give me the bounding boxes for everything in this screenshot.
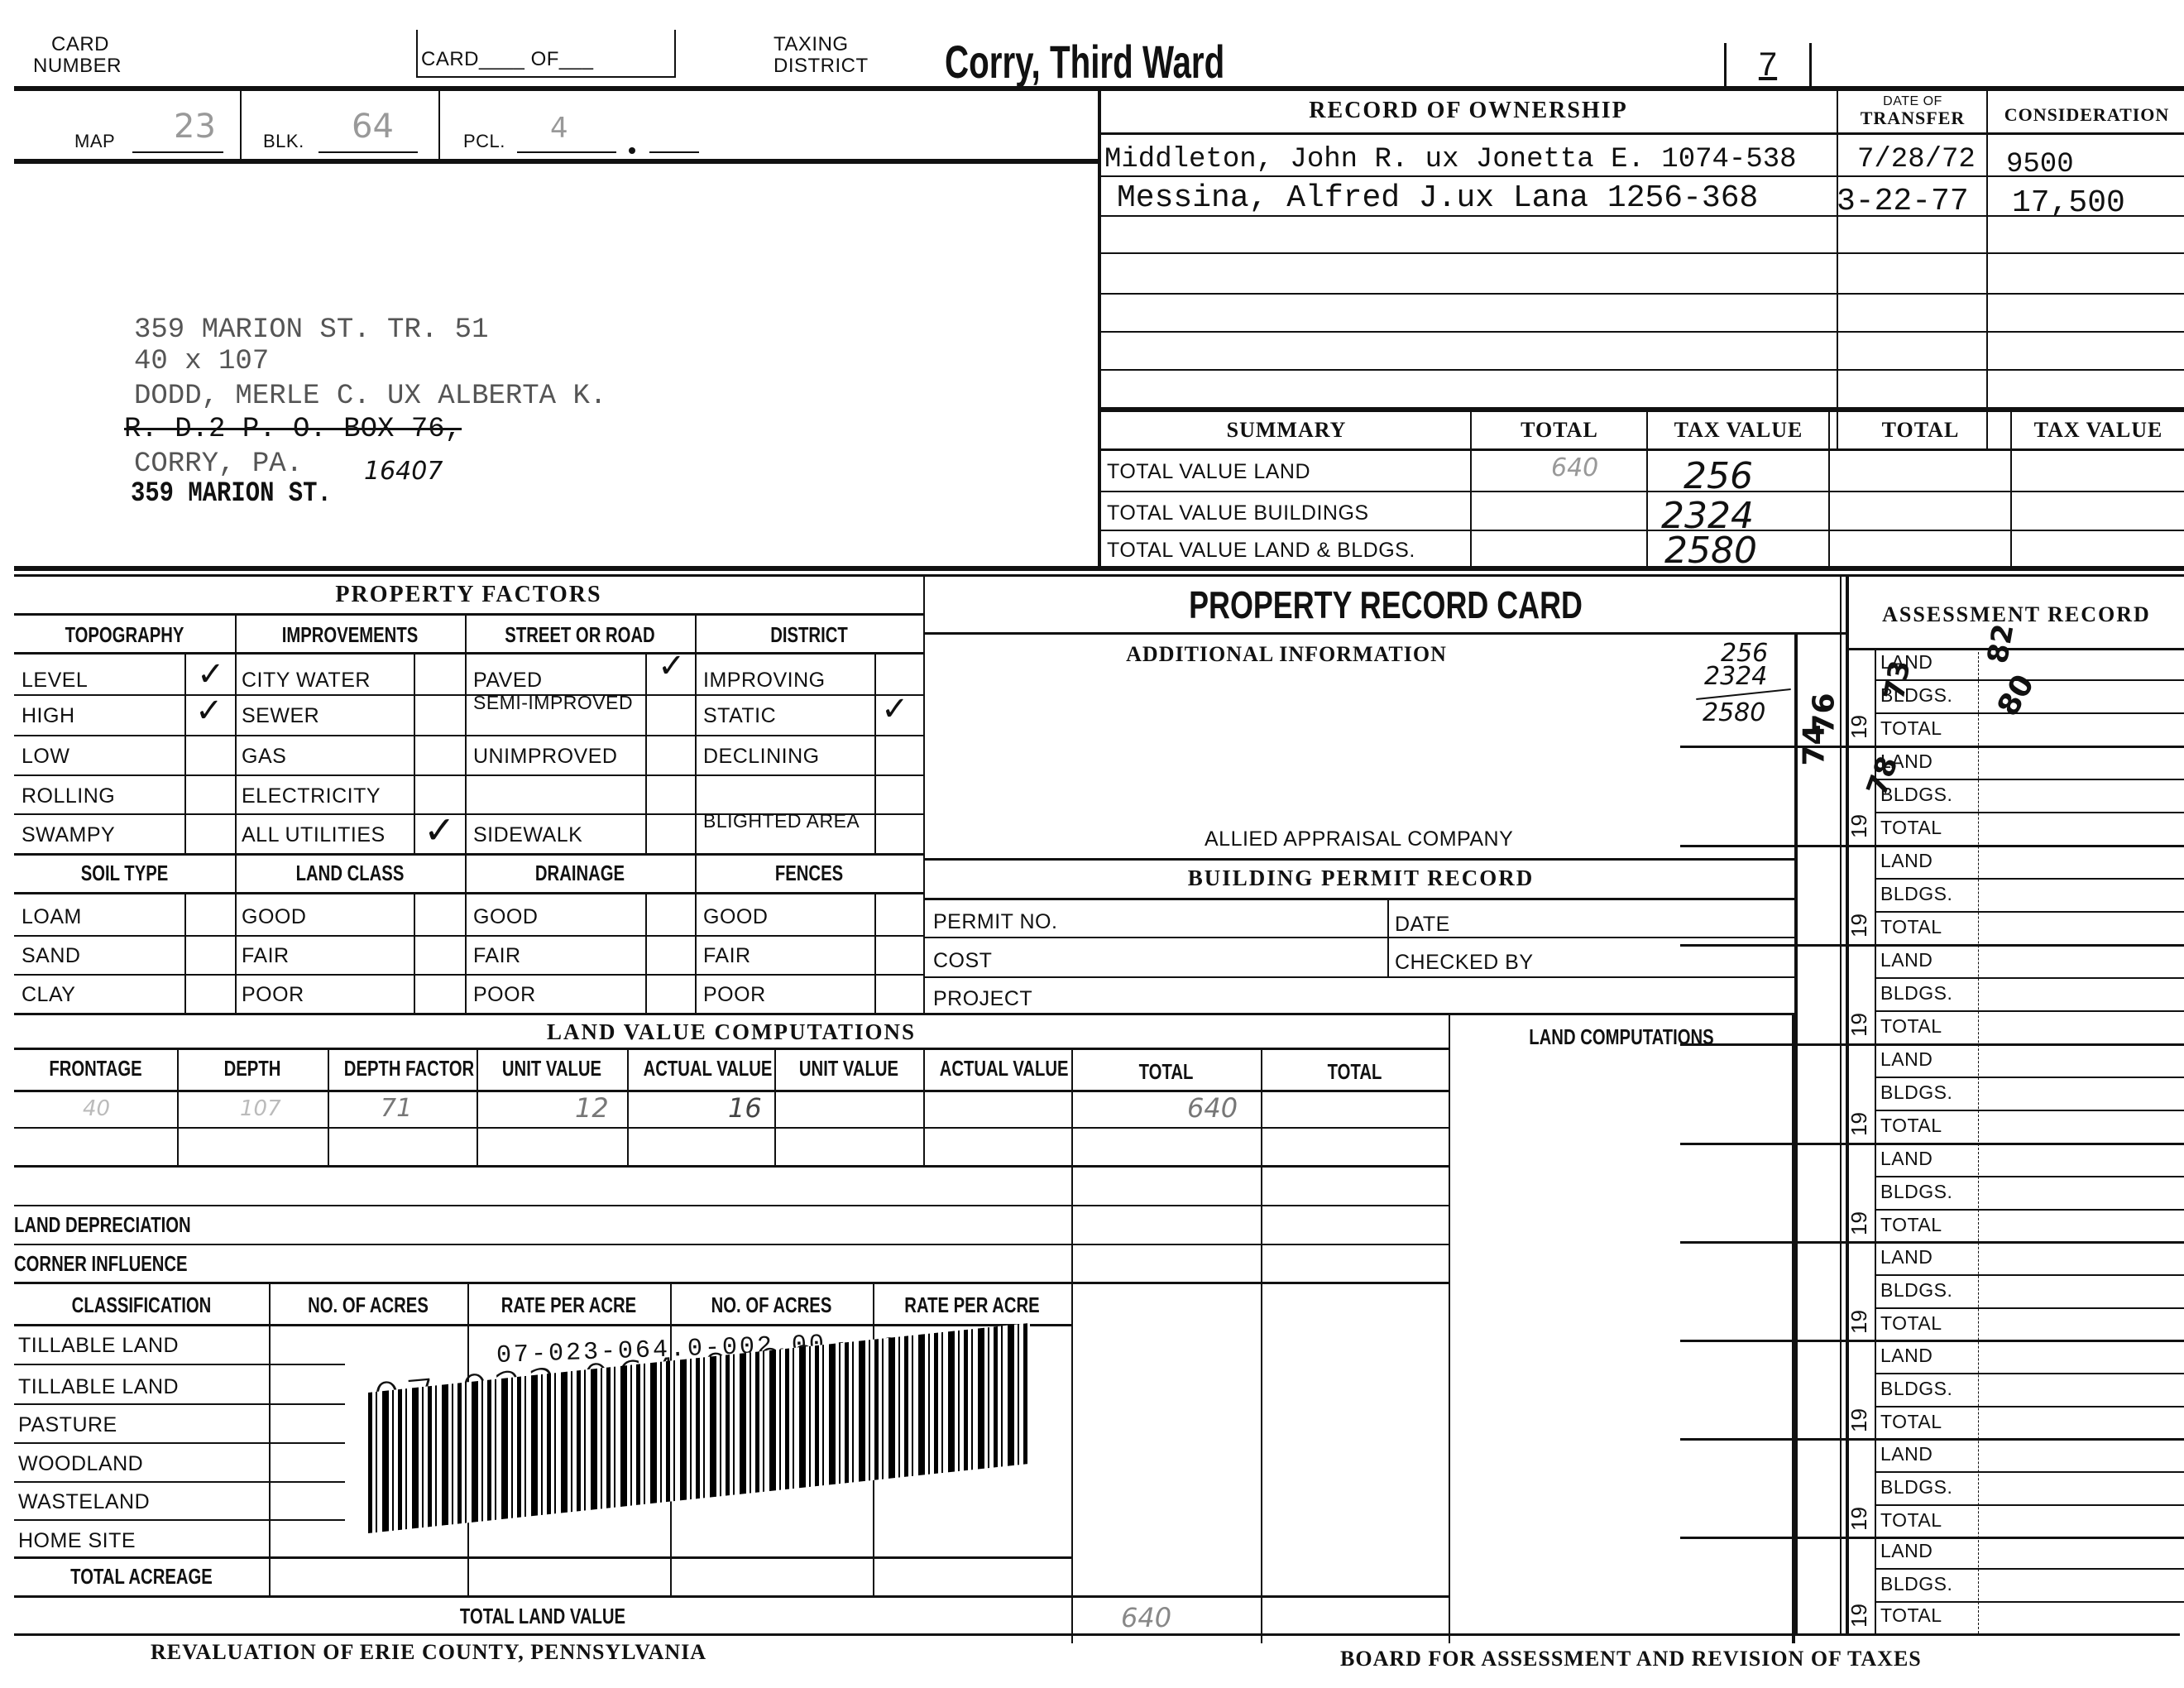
- divider: [14, 1481, 345, 1483]
- card-number-label: CARD: [51, 33, 109, 56]
- divider: [774, 1048, 776, 1165]
- divider: [1100, 293, 2184, 295]
- hdr-depth: DEPTH: [194, 1056, 311, 1081]
- assess-5-year-prefix: 19: [1846, 1112, 1872, 1136]
- assess-4-year-prefix: 19: [1846, 1013, 1872, 1037]
- assess-6-bldgs[interactable]: BLDGS.: [1880, 1181, 1952, 1203]
- soil-sand[interactable]: SAND: [22, 944, 80, 968]
- fences-good[interactable]: GOOD: [703, 905, 768, 929]
- property-factors-title: PROPERTY FACTORS: [14, 582, 923, 608]
- assessment-block-7: LAND BLDGS. TOTAL 19: [1846, 1241, 2184, 1340]
- assessment-blocks: LAND BLDGS. TOTAL 19 LAND BLDGS. TOTAL 1…: [1846, 648, 2184, 1633]
- assessment-block-10: LAND BLDGS. TOTAL 19: [1846, 1537, 2184, 1633]
- additional-calc-2: 2324: [1704, 662, 1767, 691]
- lv-actual-value[interactable]: 16: [728, 1092, 762, 1124]
- assess-6-total[interactable]: TOTAL: [1880, 1214, 1942, 1236]
- assess-8-total[interactable]: TOTAL: [1880, 1411, 1942, 1433]
- divider: [1100, 407, 2184, 412]
- summary-title: SUMMARY: [1104, 418, 1468, 443]
- divider: [14, 1364, 345, 1365]
- footer-right: BOARD FOR ASSESSMENT AND REVISION OF TAX…: [1340, 1647, 1922, 1671]
- divider: [1470, 407, 1472, 568]
- divider: [14, 1013, 1794, 1015]
- col-street-or-road: STREET OR ROAD: [491, 622, 670, 648]
- blk-value[interactable]: 64: [352, 108, 394, 146]
- city-state: CORRY, PA.: [134, 448, 303, 480]
- factor-swampy[interactable]: SWAMPY: [22, 823, 115, 847]
- assess-8-land[interactable]: LAND: [1880, 1345, 1933, 1367]
- divider: [645, 892, 647, 1013]
- divider: [14, 1048, 1449, 1050]
- factor-semi-improved[interactable]: SEMI-IMPROVED: [473, 693, 643, 712]
- divider: [923, 937, 1794, 938]
- divider: [14, 159, 1098, 164]
- assess-1-total[interactable]: TOTAL: [1880, 717, 1942, 740]
- divider: [1875, 977, 2184, 979]
- property-record-card-title: PROPERTY RECORD CARD: [1027, 583, 1744, 627]
- check-icon-all-utilities[interactable]: ✓: [424, 808, 456, 852]
- class-tillable-land-2[interactable]: TILLABLE LAND: [18, 1375, 179, 1399]
- landclass-fair[interactable]: FAIR: [242, 944, 290, 968]
- assess-1-year-prefix: 19: [1846, 715, 1872, 739]
- assess-4-bldgs[interactable]: BLDGS.: [1880, 982, 1952, 1005]
- hdr-actual-value: ACTUAL VALUE: [644, 1056, 759, 1081]
- assess-3-year-prefix: 19: [1846, 914, 1872, 938]
- assessment-block-8: LAND BLDGS. TOTAL 19: [1846, 1340, 2184, 1438]
- company-name: ALLIED APPRAISAL COMPANY: [1205, 827, 1513, 851]
- factor-sewer[interactable]: SEWER: [242, 704, 319, 728]
- address-line-1: 359 MARION ST. TR. 51: [134, 314, 488, 346]
- divider: [240, 89, 242, 159]
- divider: [1261, 1048, 1262, 1643]
- class-tillable-land-1[interactable]: TILLABLE LAND: [18, 1334, 179, 1358]
- ownership-title: RECORD OF OWNERSHIP: [1104, 98, 1832, 124]
- divider: [1100, 252, 2184, 254]
- divider: [1875, 1406, 2184, 1407]
- assess-4-total[interactable]: TOTAL: [1880, 1015, 1942, 1038]
- assess-10-land[interactable]: LAND: [1880, 1540, 1933, 1562]
- divider: [14, 1244, 1449, 1245]
- divider: [1875, 1010, 2184, 1012]
- hdr-unit-value-2: UNIT VALUE: [791, 1056, 907, 1081]
- assess-3-land[interactable]: LAND: [1880, 850, 1933, 872]
- struck-address: R. D.2 P. O. BOX 76,: [124, 414, 462, 445]
- address-line-2: 40 x 107: [134, 346, 269, 377]
- divider: [1875, 1077, 2184, 1078]
- assess-7-total[interactable]: TOTAL: [1880, 1312, 1942, 1335]
- hdr-unit-value: UNIT VALUE: [493, 1056, 611, 1081]
- owner-name: DODD, MERLE C. UX ALBERTA K.: [134, 381, 606, 412]
- owner-row-2-name[interactable]: Messina, Alfred J.ux Lana 1256-368: [1117, 180, 1758, 216]
- divider: [414, 892, 415, 1013]
- lv-total[interactable]: 640: [1187, 1092, 1238, 1124]
- divider: [14, 935, 923, 937]
- land-computations-title: LAND COMPUTATIONS: [1489, 1024, 1754, 1050]
- hdr-rate-per-acre-2: RATE PER ACRE: [894, 1292, 1049, 1318]
- transfer-header: TRANSFER: [1838, 108, 1987, 129]
- corner-influence-label: CORNER INFLUENCE: [14, 1251, 188, 1277]
- owner-row-2-date[interactable]: 3-22-77: [1837, 184, 1969, 219]
- divider: [184, 652, 186, 853]
- assess-4-land[interactable]: LAND: [1880, 949, 1933, 971]
- hdr-total: TOTAL: [1092, 1059, 1240, 1085]
- divider: [1837, 89, 1838, 448]
- summary-tax-value-header-2: TAX VALUE: [2013, 418, 2184, 443]
- additional-calc-total: 2580: [1703, 698, 1765, 727]
- assessment-title: ASSESSMENT RECORD: [1849, 602, 2184, 627]
- assessment-block-6: LAND BLDGS. TOTAL 19: [1846, 1143, 2184, 1241]
- assess-9-land[interactable]: LAND: [1880, 1443, 1933, 1465]
- hdr-frontage: FRONTAGE: [32, 1056, 160, 1081]
- divider: [1875, 712, 2184, 714]
- divider: [14, 1205, 1449, 1206]
- hdr-rate-per-acre: RATE PER ACRE: [490, 1292, 648, 1318]
- assess-5-land[interactable]: LAND: [1880, 1048, 1933, 1071]
- check-icon-level[interactable]: ✓: [197, 655, 225, 693]
- lv-depth[interactable]: 107: [240, 1096, 281, 1121]
- divider: [14, 1165, 1449, 1168]
- assess-10-total[interactable]: TOTAL: [1880, 1604, 1942, 1627]
- divider: [14, 1127, 1449, 1129]
- divider: [1100, 132, 2184, 135]
- summary-total-header: TOTAL: [1473, 418, 1646, 443]
- assess-6-year-prefix: 19: [1846, 1211, 1872, 1235]
- divider: [14, 574, 2184, 577]
- divider: [1100, 530, 2184, 531]
- consideration-header: CONSIDERATION: [1990, 104, 2184, 126]
- divider: [14, 892, 923, 894]
- divider: [923, 858, 1794, 861]
- hdr-actual-value-2: ACTUAL VALUE: [940, 1056, 1056, 1081]
- divider: [14, 613, 923, 616]
- divider: [1875, 1176, 2184, 1177]
- col-topography: TOPOGRAPHY: [38, 622, 210, 648]
- divider: [1100, 491, 2184, 492]
- divider: [1875, 1601, 2184, 1603]
- drainage-fair[interactable]: FAIR: [473, 944, 521, 968]
- footer-left: REVALUATION OF ERIE COUNTY, PENNSYLVANIA: [151, 1640, 706, 1665]
- divider: [923, 976, 1794, 978]
- hdr-classification: CLASSIFICATION: [42, 1292, 241, 1318]
- divider: [1875, 812, 2184, 813]
- factor-improving[interactable]: IMPROVING: [703, 669, 826, 693]
- owner-row-1-date[interactable]: 7/28/72: [1857, 144, 1976, 175]
- permit-no-label[interactable]: PERMIT NO.: [933, 910, 1057, 934]
- divider: [1449, 1014, 1450, 1643]
- fences-fair[interactable]: FAIR: [703, 944, 751, 968]
- divider: [1100, 448, 2184, 451]
- divider: [1646, 407, 1648, 568]
- summary-row-land-label: TOTAL VALUE LAND: [1107, 460, 1310, 484]
- map-underline: [132, 151, 223, 153]
- divider: [645, 652, 647, 853]
- divider: [1875, 878, 2184, 880]
- divider: [1875, 1471, 2184, 1473]
- divider: [1875, 1110, 2184, 1111]
- divider: [1071, 1048, 1073, 1643]
- building-permit-title: BUILDING PERMIT RECORD: [927, 866, 1795, 891]
- class-pasture[interactable]: PASTURE: [18, 1413, 117, 1437]
- divider: [1986, 89, 1988, 448]
- hdr-no-of-acres: NO. OF ACRES: [290, 1292, 445, 1318]
- hdr-no-of-acres-2: NO. OF ACRES: [692, 1292, 850, 1318]
- divider: [14, 1282, 1449, 1284]
- divider: [328, 1048, 329, 1165]
- blk-label: BLK.: [263, 131, 304, 152]
- divider: [1100, 175, 2184, 177]
- divider: [1100, 369, 2184, 371]
- factor-all-utilities[interactable]: ALL UTILITIES: [242, 823, 386, 847]
- divider: [874, 892, 876, 1013]
- card-of-box[interactable]: CARD____ OF___: [416, 30, 676, 78]
- divider: [627, 1048, 629, 1165]
- divider: [14, 974, 923, 976]
- drainage-poor[interactable]: POOR: [473, 983, 536, 1007]
- assessment-block-9: LAND BLDGS. TOTAL 19: [1846, 1438, 2184, 1537]
- factor-level[interactable]: LEVEL: [22, 669, 88, 693]
- summary-row-buildings-label: TOTAL VALUE BUILDINGS: [1107, 501, 1369, 525]
- assess-7-land[interactable]: LAND: [1880, 1246, 1933, 1268]
- lv-depth-factor[interactable]: 71: [381, 1094, 412, 1123]
- taxing-district-label: TAXING: [773, 33, 849, 56]
- land-value-title: LAND VALUE COMPUTATIONS: [14, 1019, 1449, 1045]
- drainage-good[interactable]: GOOD: [473, 905, 538, 929]
- total-land-value-label: TOTAL LAND VALUE: [131, 1604, 955, 1629]
- class-woodland[interactable]: WOODLAND: [18, 1452, 143, 1476]
- total-land-value[interactable]: 640: [1121, 1602, 1171, 1633]
- zip-handwritten: 16407: [364, 457, 443, 486]
- check-icon-paved[interactable]: ✓: [658, 647, 686, 685]
- divider: [1875, 1373, 2184, 1374]
- divider: [923, 1048, 925, 1165]
- assess-10-year-prefix: 19: [1846, 1604, 1872, 1628]
- handwritten-year-76: 76: [1808, 693, 1842, 734]
- assessment-block-3: LAND BLDGS. TOTAL 19: [1846, 845, 2184, 944]
- permit-date-label[interactable]: DATE: [1395, 913, 1450, 937]
- summary-row-total-label: TOTAL VALUE LAND & BLDGS.: [1107, 539, 1415, 563]
- handwritten-year-73: 73: [1878, 658, 1918, 703]
- assess-3-total[interactable]: TOTAL: [1880, 916, 1942, 938]
- divider: [1100, 331, 2184, 333]
- assess-9-year-prefix: 19: [1846, 1507, 1872, 1531]
- summary-total-header-2: TOTAL: [1831, 418, 2010, 443]
- factor-static[interactable]: STATIC: [703, 704, 776, 728]
- col-fences: FENCES: [720, 861, 898, 886]
- divider: [14, 853, 923, 856]
- divider: [184, 892, 186, 1013]
- assess-5-total[interactable]: TOTAL: [1880, 1115, 1942, 1137]
- assess-3-bldgs[interactable]: BLDGS.: [1880, 883, 1952, 905]
- divider: [1875, 1307, 2184, 1309]
- divider: [477, 1048, 478, 1165]
- divider: [1098, 89, 1101, 568]
- additional-info-title: ADDITIONAL INFORMATION: [927, 642, 1646, 667]
- divider: [14, 694, 923, 696]
- divider: [14, 1403, 345, 1405]
- taxing-district-value: Corry, Third Ward: [945, 35, 1224, 89]
- assess-8-year-prefix: 19: [1846, 1408, 1872, 1432]
- card-number-label-2: NUMBER: [33, 55, 122, 78]
- landclass-good[interactable]: GOOD: [242, 905, 306, 929]
- taxing-district-label-2: DISTRICT: [773, 55, 869, 78]
- factor-city-water[interactable]: CITY WATER: [242, 669, 371, 693]
- map-label: MAP: [74, 131, 115, 152]
- check-icon-high[interactable]: ✓: [195, 692, 223, 730]
- factor-rolling[interactable]: ROLLING: [22, 784, 115, 808]
- class-home-site[interactable]: HOME SITE: [18, 1529, 136, 1553]
- map-value[interactable]: 23: [174, 108, 216, 146]
- factor-electricity[interactable]: ELECTRICITY: [242, 784, 381, 808]
- total-acreage-label: TOTAL ACREAGE: [42, 1564, 241, 1590]
- assess-10-bldgs[interactable]: BLDGS.: [1880, 1573, 1952, 1595]
- blk-underline: [318, 151, 418, 153]
- divider: [923, 574, 925, 1013]
- divider: [177, 1048, 179, 1165]
- lv-frontage[interactable]: 40: [83, 1096, 110, 1121]
- factor-sidewalk[interactable]: SIDEWALK: [473, 823, 582, 847]
- class-wasteland[interactable]: WASTELAND: [18, 1490, 150, 1514]
- divider: [14, 735, 923, 736]
- hdr-total-2: TOTAL: [1281, 1059, 1428, 1085]
- factor-declining[interactable]: DECLINING: [703, 745, 820, 769]
- card-box-number-value: 7: [1759, 46, 1777, 83]
- assessment-block-4: LAND BLDGS. TOTAL 19: [1846, 944, 2184, 1043]
- assess-9-bldgs[interactable]: BLDGS.: [1880, 1476, 1952, 1499]
- divider: [14, 1633, 2180, 1636]
- assessment-block-5: LAND BLDGS. TOTAL 19: [1846, 1043, 2184, 1143]
- permit-project-label[interactable]: PROJECT: [933, 987, 1032, 1011]
- assess-9-total[interactable]: TOTAL: [1880, 1509, 1942, 1532]
- factor-gas[interactable]: GAS: [242, 745, 286, 769]
- divider: [1875, 1274, 2184, 1276]
- factor-unimproved[interactable]: UNIMPROVED: [473, 745, 617, 769]
- divider: [2010, 407, 2012, 568]
- landclass-poor[interactable]: POOR: [242, 983, 304, 1007]
- pcl-suffix-underline: [649, 151, 699, 153]
- factor-paved[interactable]: PAVED: [473, 669, 543, 693]
- pcl-dot: [629, 147, 635, 154]
- summary-row-land-total[interactable]: 640: [1551, 453, 1598, 482]
- assess-8-bldgs[interactable]: BLDGS.: [1880, 1378, 1952, 1400]
- divider: [1875, 779, 2184, 780]
- lv-unit-value[interactable]: 12: [575, 1092, 609, 1124]
- divider: [923, 898, 1794, 900]
- divider: [14, 652, 923, 655]
- divider: [1794, 632, 1798, 1633]
- divider: [14, 774, 923, 776]
- assess-7-bldgs[interactable]: BLDGS.: [1880, 1279, 1952, 1302]
- factor-high[interactable]: HIGH: [22, 704, 75, 728]
- divider: [1100, 215, 2184, 217]
- card-of-label: CARD____ OF___: [421, 48, 593, 71]
- pcl-value[interactable]: 4: [550, 112, 568, 145]
- soil-clay[interactable]: CLAY: [22, 983, 75, 1007]
- pcl-underline: [517, 151, 616, 153]
- address-line-6: 359 MARION ST.: [131, 478, 332, 510]
- handwritten-year-82: 82: [1981, 621, 2021, 666]
- check-icon-static[interactable]: ✓: [881, 690, 909, 728]
- divider: [923, 632, 1846, 635]
- col-district: DISTRICT: [720, 622, 898, 648]
- land-depreciation-label: LAND DEPRECIATION: [14, 1212, 191, 1238]
- factor-low[interactable]: LOW: [22, 745, 69, 769]
- col-land-class: LAND CLASS: [261, 861, 440, 886]
- divider: [414, 652, 415, 853]
- assess-2-total[interactable]: TOTAL: [1880, 817, 1942, 839]
- col-improvements: IMPROVEMENTS: [261, 622, 440, 648]
- fences-poor[interactable]: POOR: [703, 983, 766, 1007]
- permit-checked-by-label[interactable]: CHECKED BY: [1395, 951, 1534, 975]
- summary-tax-value-header: TAX VALUE: [1649, 418, 1828, 443]
- assess-2-year-prefix: 19: [1846, 814, 1872, 838]
- divider: [1828, 407, 1830, 568]
- owner-row-1-name[interactable]: Middleton, John R. ux Jonetta E. 1074-53…: [1104, 144, 1797, 175]
- divider: [1875, 1504, 2184, 1506]
- assess-7-year-prefix: 19: [1846, 1310, 1872, 1334]
- pcl-label: PCL.: [463, 131, 505, 152]
- divider: [874, 652, 876, 853]
- divider: [438, 89, 440, 159]
- card-box-number[interactable]: 7: [1724, 43, 1812, 89]
- assess-6-land[interactable]: LAND: [1880, 1148, 1933, 1170]
- divider: [14, 1442, 345, 1444]
- divider: [14, 566, 2184, 571]
- factor-blighted-area[interactable]: BLIGHTED AREA: [703, 811, 869, 831]
- assess-5-bldgs[interactable]: BLDGS.: [1880, 1081, 1952, 1104]
- col-drainage: DRAINAGE: [491, 861, 670, 886]
- divider: [14, 1595, 1449, 1598]
- divider: [1875, 911, 2184, 913]
- divider: [1875, 1209, 2184, 1211]
- permit-cost-label[interactable]: COST: [933, 949, 992, 973]
- hdr-depth-factor: DEPTH FACTOR: [344, 1056, 460, 1081]
- col-soil-type: SOIL TYPE: [38, 861, 210, 886]
- soil-loam[interactable]: LOAM: [22, 905, 82, 929]
- divider: [14, 1556, 1071, 1559]
- divider: [14, 1519, 345, 1521]
- divider: [1875, 1568, 2184, 1570]
- divider: [269, 1282, 271, 1595]
